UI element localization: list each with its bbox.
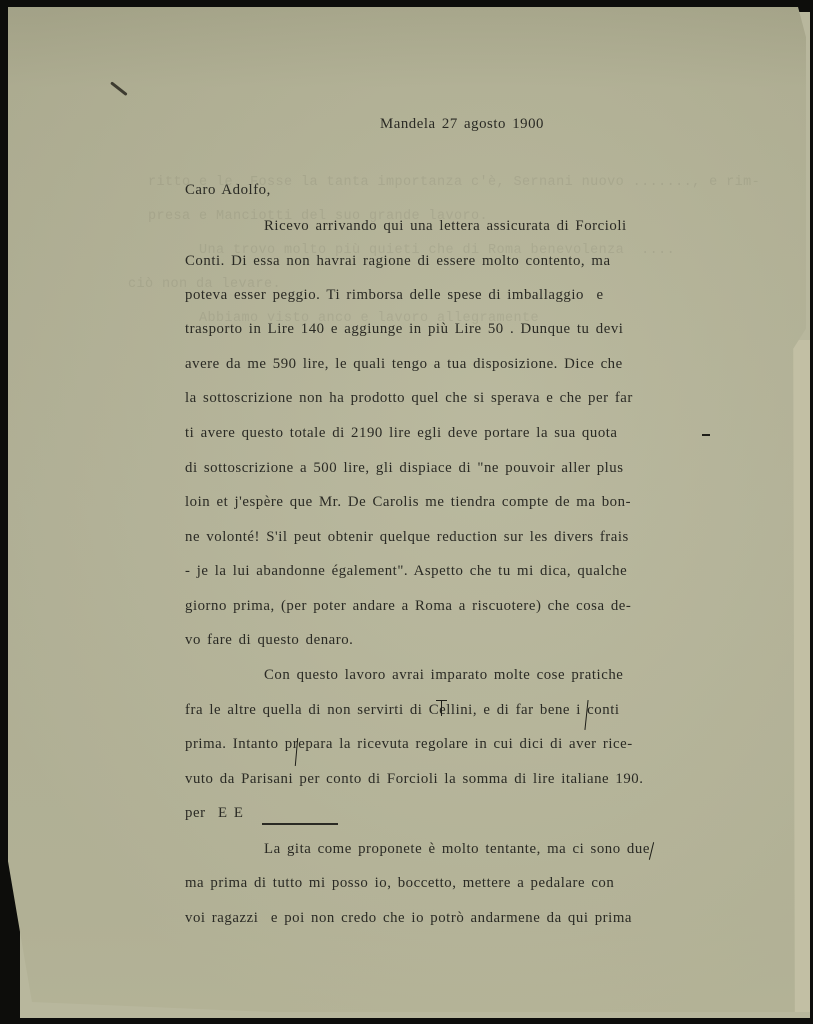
pencil-mark bbox=[110, 81, 128, 96]
handwritten-correction-mark bbox=[441, 700, 442, 716]
letter-line: la sottoscrizione non ha prodotto quel c… bbox=[185, 390, 633, 407]
letter-line: voi ragazzi e poi non credo che io potrò… bbox=[185, 910, 632, 927]
letter-line: per E E bbox=[185, 805, 243, 822]
scanned-document: ritto e le. Fosse la tanta importanza c'… bbox=[0, 0, 813, 1024]
handwritten-correction-mark bbox=[436, 700, 447, 701]
letter-line: poteva esser peggio. Ti rimborsa delle s… bbox=[185, 287, 604, 304]
letter-line: Con questo lavoro avrai imparato molte c… bbox=[264, 667, 623, 684]
salutation: Caro Adolfo, bbox=[185, 182, 271, 199]
handwritten-underline bbox=[702, 434, 710, 436]
letter-line: Ricevo arrivando qui una lettera assicur… bbox=[264, 218, 627, 235]
letter-line: trasporto in Lire 140 e aggiunge in più … bbox=[185, 321, 623, 338]
letter-line: prima. Intanto prepara la ricevuta regol… bbox=[185, 736, 633, 753]
letter-line: - je la lui abandonne également". Aspett… bbox=[185, 563, 627, 580]
letter-line: ma prima di tutto mi posso io, boccetto,… bbox=[185, 875, 614, 892]
letter-line: ti avere questo totale di 2190 lire egli… bbox=[185, 425, 618, 442]
letter-line: vuto da Parisani per conto di Forcioli l… bbox=[185, 771, 644, 788]
letter-line: giorno prima, (per poter andare a Roma a… bbox=[185, 598, 631, 615]
letter-line: Conti. Di essa non havrai ragione di ess… bbox=[185, 253, 611, 270]
letter-line: di sottoscrizione a 500 lire, gli dispia… bbox=[185, 460, 624, 477]
date-line: Mandela 27 agosto 1900 bbox=[380, 116, 544, 133]
letter-line: avere da me 590 lire, le quali tengo a t… bbox=[185, 356, 623, 373]
signature-blank-line bbox=[262, 823, 338, 825]
letter-line: loin et j'espère que Mr. De Carolis me t… bbox=[185, 494, 631, 511]
letter-line: La gita come proponete è molto tentante,… bbox=[264, 841, 650, 858]
letter-line: fra le altre quella di non servirti di C… bbox=[185, 702, 620, 719]
letter-line: ne volonté! S'il peut obtenir quelque re… bbox=[185, 529, 629, 546]
letter-line: vo fare di questo denaro. bbox=[185, 632, 353, 649]
